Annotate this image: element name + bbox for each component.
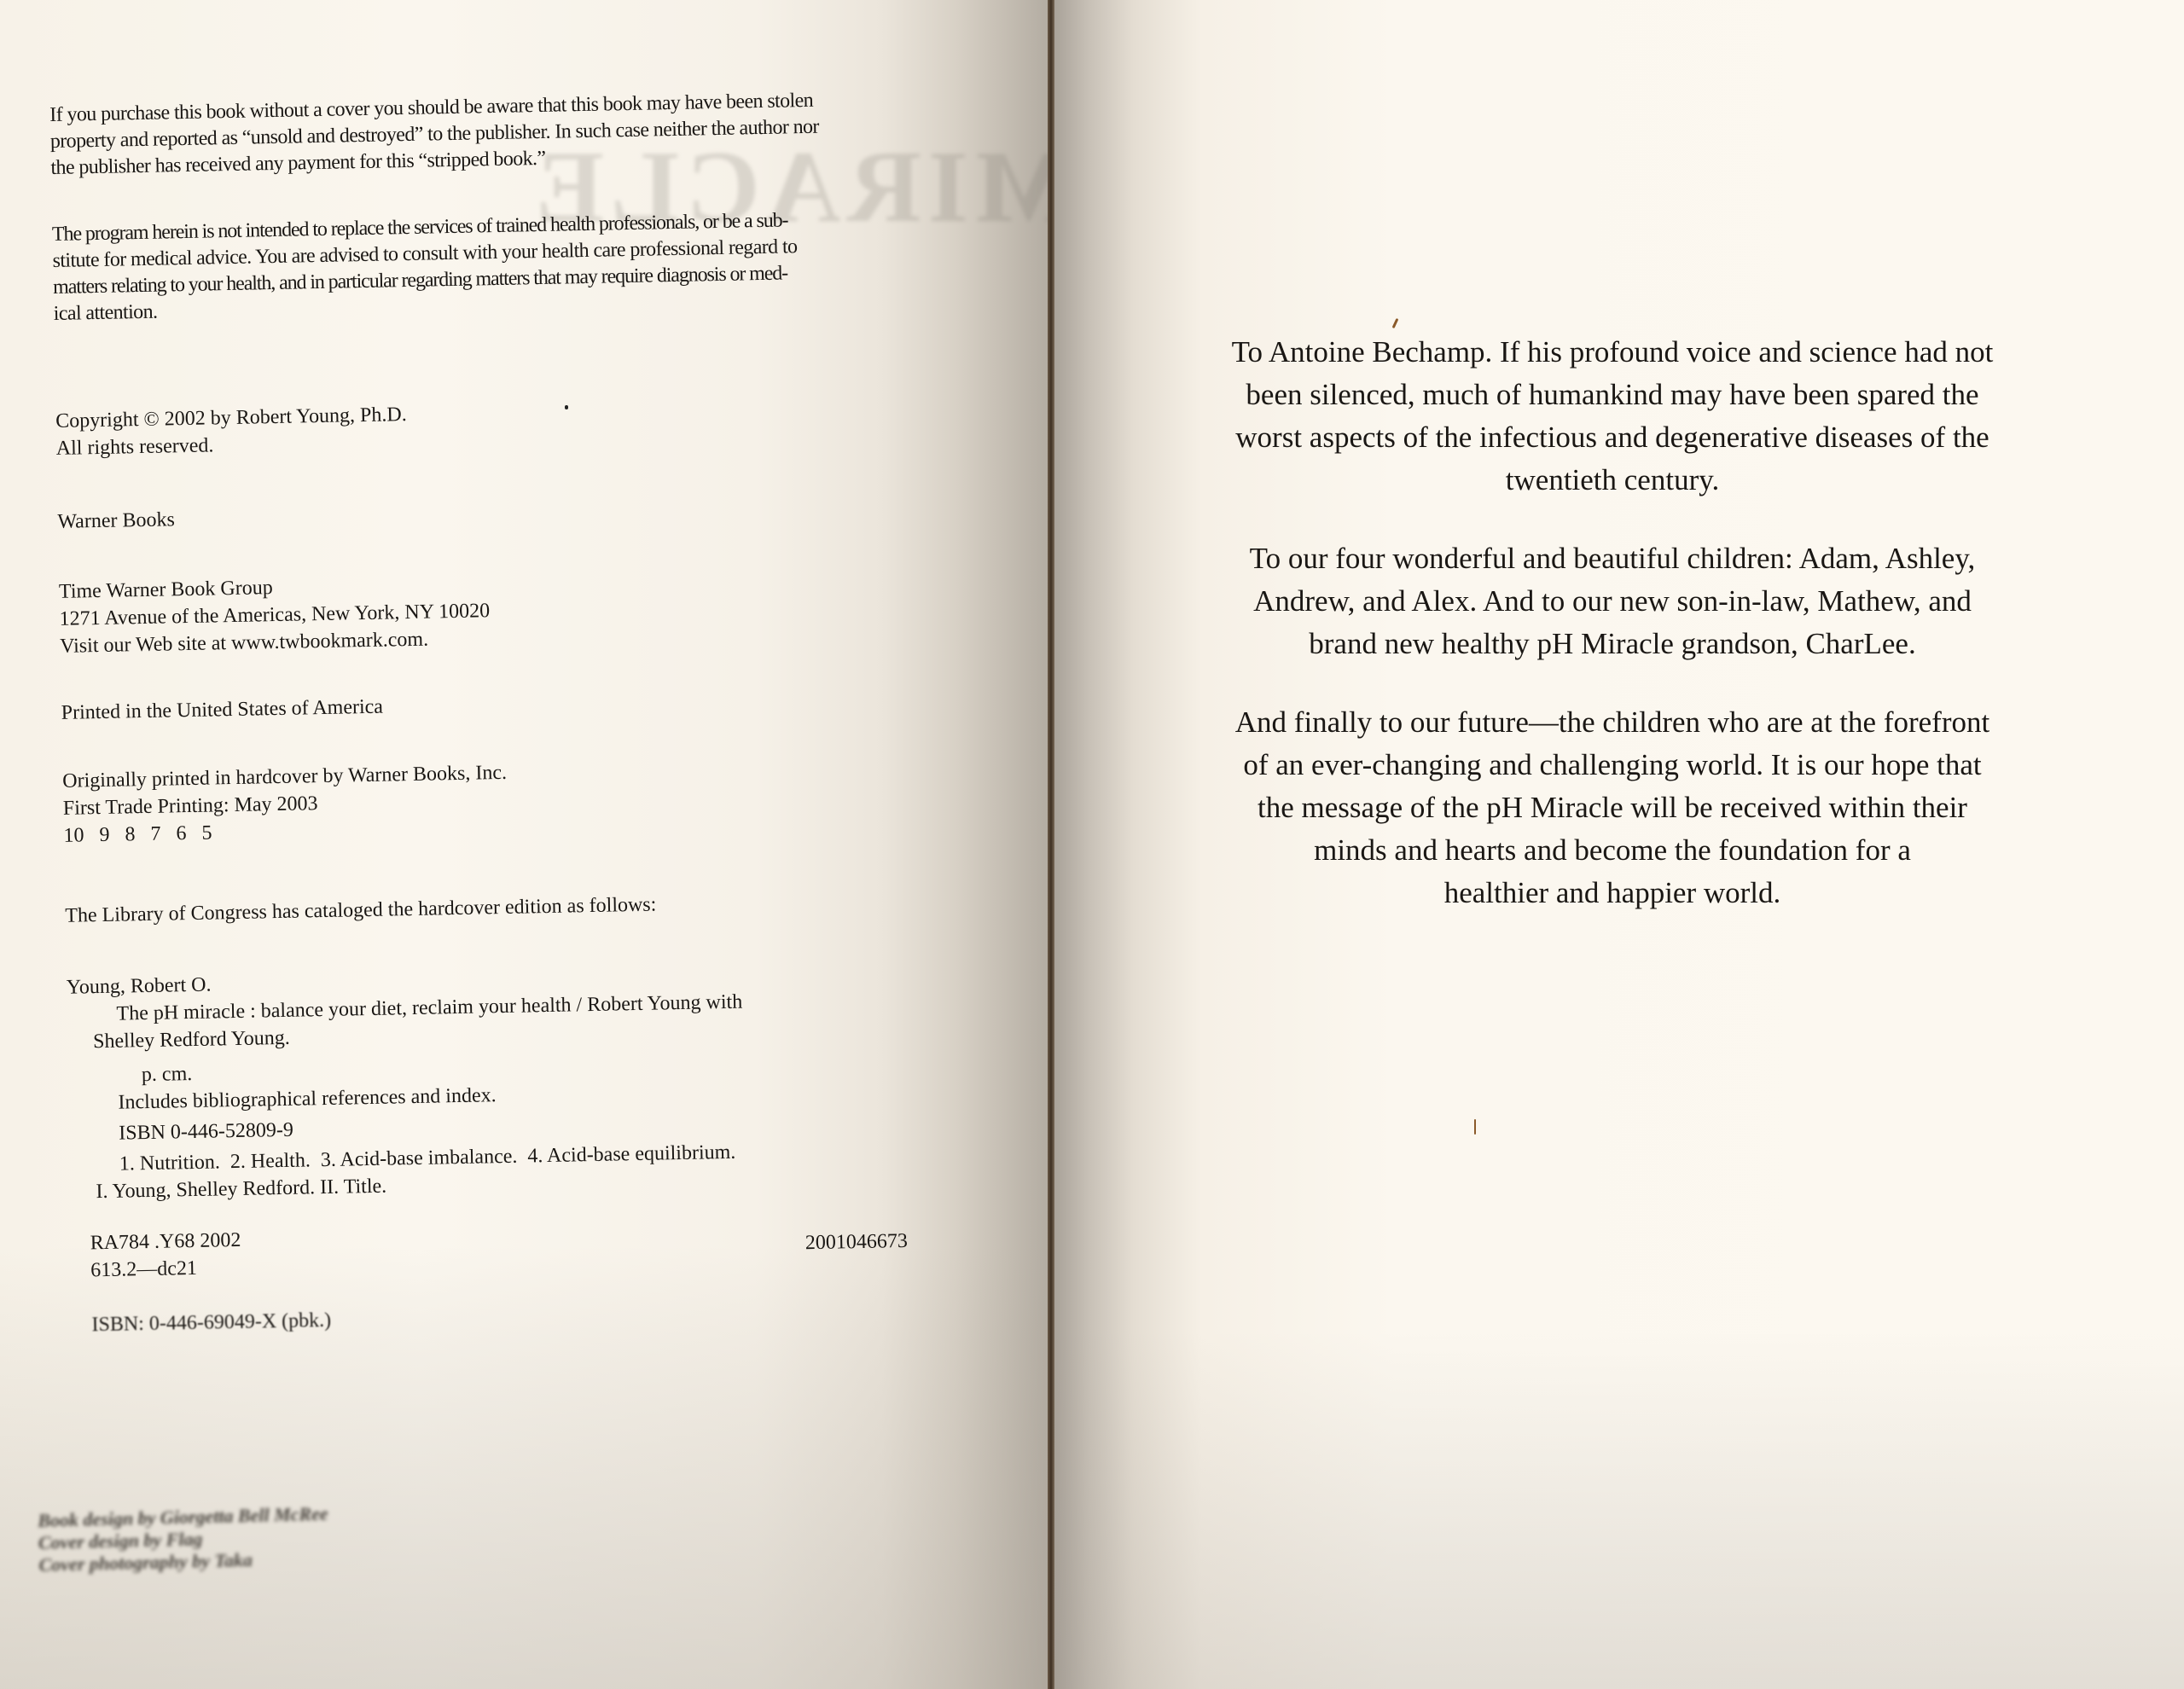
dedication-paragraph: To Antoine Bechamp. If his profound voic…: [1109, 331, 2116, 502]
paper-speck: [565, 405, 568, 409]
rights-reserved: All rights reserved.: [55, 428, 407, 462]
copyright-notice: Copyright © 2002 by Robert Young, Ph.D. …: [55, 401, 408, 462]
design-credits: Book design by Giorgetta Bell McRee Cove…: [38, 1503, 329, 1576]
imprint-name: Warner Books: [57, 506, 175, 536]
dedication-line: been silenced, much of humankind may hav…: [1109, 374, 2116, 416]
dedication-line: minds and hearts and become the foundati…: [1109, 829, 2116, 872]
dedication-line: And finally to our future—the children w…: [1109, 701, 2116, 744]
printing-history: Originally printed in hardcover by Warne…: [62, 759, 508, 850]
imprint: Warner Books: [57, 506, 175, 536]
dedication-line: twentieth century.: [1109, 459, 2116, 502]
lccn: 2001046673: [805, 1228, 909, 1257]
publisher-info: Time Warner Book Group 1271 Avenue of th…: [59, 570, 491, 660]
paper-speck: [1474, 1119, 1476, 1135]
book-spread: THE pH MIRACLE If you purchase this book…: [0, 0, 2184, 1689]
isbn-pbk-line: ISBN: 0-446-69049-X (pbk.): [73, 1307, 331, 1339]
dedication-line: worst aspects of the infectious and dege…: [1109, 416, 2116, 459]
printed-in-line: Printed in the United States of America: [61, 694, 383, 727]
dedication: To Antoine Bechamp. If his profound voic…: [1109, 331, 2116, 950]
copyright-text-block: If you purchase this book without a cove…: [49, 84, 971, 102]
copyright-page: THE pH MIRACLE If you purchase this book…: [0, 0, 1049, 1689]
cip-classification: RA784 .Y68 2002 613.2—dc21 2001046673: [71, 1212, 993, 1285]
dedication-line: healthier and happier world.: [1109, 872, 2116, 914]
stripped-book-notice: If you purchase this book without a cove…: [49, 88, 820, 182]
cip-intro-line: The Library of Congress has cataloged th…: [65, 891, 657, 930]
cip-record: Young, Robert O. The pH miracle : balanc…: [67, 956, 992, 1206]
printed-in: Printed in the United States of America: [61, 694, 383, 727]
dedication-line: To Antoine Bechamp. If his profound voic…: [1109, 331, 2116, 374]
dedication-line: of an ever-changing and challenging worl…: [1109, 744, 2116, 786]
dedication-paragraph: To our four wonderful and beautiful chil…: [1109, 537, 2116, 665]
dedication-line: the message of the pH Miracle will be re…: [1109, 786, 2116, 829]
isbn-paperback: ISBN: 0-446-69049-X (pbk.): [73, 1307, 331, 1339]
dedication-line: brand new healthy pH Miracle grandson, C…: [1109, 623, 2116, 665]
dedication-paragraph: And finally to our future—the children w…: [1109, 701, 2116, 914]
medical-disclaimer: The program herein is not intended to re…: [52, 207, 799, 328]
book-gutter: [1048, 0, 1054, 1689]
cip-intro: The Library of Congress has cataloged th…: [65, 891, 657, 930]
dedication-line: Andrew, and Alex. And to our new son-in-…: [1109, 580, 2116, 623]
dedication-line: To our four wonderful and beautiful chil…: [1109, 537, 2116, 580]
